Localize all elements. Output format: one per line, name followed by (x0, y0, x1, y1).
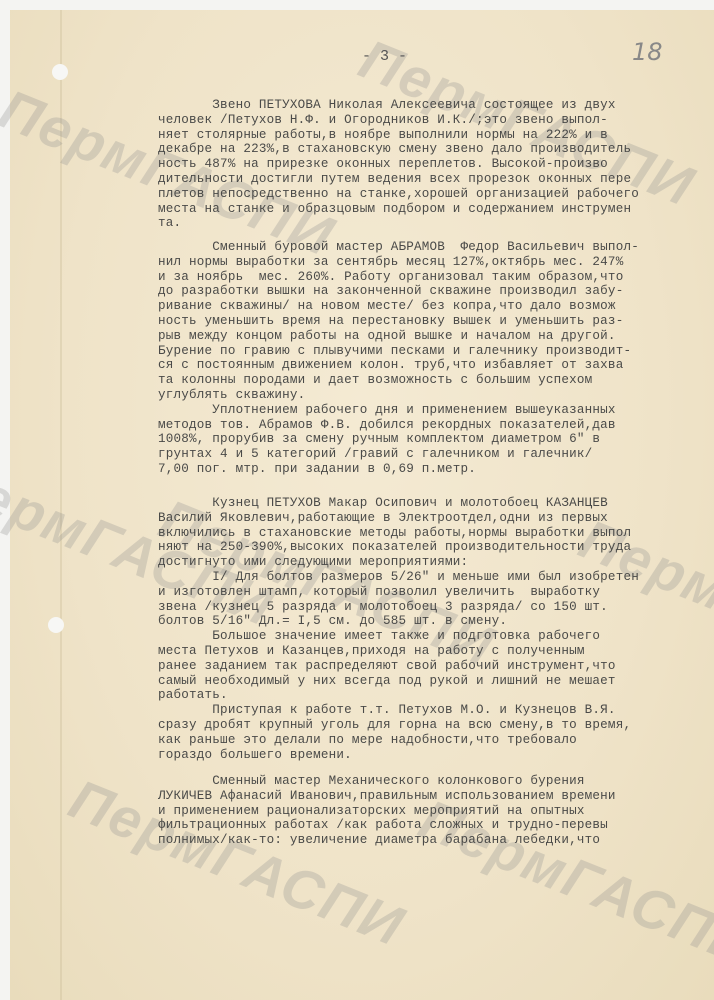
text-line: плетов непосредственно на станке,хорошей… (158, 187, 698, 202)
paper-fold (60, 10, 62, 1000)
text-line: Большое значение имеет также и подготовк… (158, 629, 698, 644)
archive-sheet-number: 18 (632, 38, 663, 66)
text-line: декабре на 223%,в стахановскую смену зве… (158, 142, 698, 157)
text-line: грунтах 4 и 5 категорий /гравий с галечн… (158, 447, 698, 462)
text-line: Бурение по гравию с плывучими песками и … (158, 344, 698, 359)
text-line: ЛУКИЧЕВ Афанасий Иванович,правильным исп… (158, 789, 698, 804)
text-line: углублять скважину. (158, 388, 698, 403)
text-line: рыв между концом работы на одной вышке и… (158, 329, 698, 344)
text-line: болтов 5/16" Дл.= I,5 см. до 585 шт. в с… (158, 614, 698, 629)
paragraph-blacksmiths: Кузнец ПЕТУХОВ Макар Осипович и молотобо… (158, 496, 698, 762)
text-line: работать. (158, 688, 698, 703)
text-line: звена /кузнец 5 разряда и молотобоец 3 р… (158, 600, 698, 615)
text-line: Уплотнением рабочего дня и применением в… (158, 403, 698, 418)
paragraph-abramov: Сменный буровой мастер АБРАМОВ Федор Вас… (158, 240, 698, 477)
text-line: фильтрационных работах /как работа сложн… (158, 818, 698, 833)
text-line: Звено ПЕТУХОВА Николая Алексеевича состо… (158, 98, 698, 113)
text-line: Приступая к работе т.т. Петухов М.О. и К… (158, 703, 698, 718)
text-line: нил нормы выработки за сентябрь месяц 12… (158, 255, 698, 270)
text-line: и изготовлен штамп, который позволил уве… (158, 585, 698, 600)
punch-hole (48, 617, 64, 633)
text-line: Кузнец ПЕТУХОВ Макар Осипович и молотобо… (158, 496, 698, 511)
text-line: самый необходимый у них всегда под рукой… (158, 674, 698, 689)
text-line: методов тов. Абрамов Ф.В. добился рекорд… (158, 418, 698, 433)
text-line: Василий Яковлевич,работающие в Электроот… (158, 511, 698, 526)
punch-hole (52, 64, 68, 80)
text-line: няют на 250-390%,высоких показателей про… (158, 540, 698, 555)
text-line: Сменный буровой мастер АБРАМОВ Федор Вас… (158, 240, 698, 255)
text-line: как раньше это делали по мере надобности… (158, 733, 698, 748)
text-line: включились в стахановские методы работы,… (158, 526, 698, 541)
text-line: до разработки вышки на законченной скваж… (158, 284, 698, 299)
text-line: достигнуто ими следующими мероприятиями: (158, 555, 698, 570)
text-line: ность уменьшить время на перестановку вы… (158, 314, 698, 329)
text-line: дительности достигли путем ведения всех … (158, 172, 698, 187)
text-line: человек /Петухов Н.Ф. и Огородников И.К.… (158, 113, 698, 128)
text-line: полнимых/как-то: увеличение диаметра бар… (158, 833, 698, 848)
text-line: места на станке и образцовым подбором и … (158, 202, 698, 217)
text-line: 1008%, прорубив за смену ручным комплект… (158, 432, 698, 447)
text-line: ривание скважины/ на новом месте/ без ко… (158, 299, 698, 314)
paragraph-petukhov-team: Звено ПЕТУХОВА Николая Алексеевича состо… (158, 98, 698, 231)
text-line: и за ноябрь мес. 260%. Работу организова… (158, 270, 698, 285)
text-line: Сменный мастер Механического колонкового… (158, 774, 698, 789)
page-number: - 3 - (362, 48, 407, 65)
text-line: сразу дробят крупный уголь для горна на … (158, 718, 698, 733)
text-line: ность 487% на прирезке оконных переплето… (158, 157, 698, 172)
text-line: 7,00 пог. мтр. при задании в 0,69 п.метр… (158, 462, 698, 477)
text-line: места Петухов и Казанцев,приходя на рабо… (158, 644, 698, 659)
text-line: та колонны породами и дает возможность с… (158, 373, 698, 388)
text-line: няет столярные работы,в ноябре выполнили… (158, 128, 698, 143)
text-line: гораздо большего времени. (158, 748, 698, 763)
text-line: I/ Для болтов размеров 5/26" и меньше им… (158, 570, 698, 585)
text-line: ся с постоянным движением колон. труб,чт… (158, 358, 698, 373)
paragraph-lukichev: Сменный мастер Механического колонкового… (158, 774, 698, 848)
text-line: та. (158, 216, 698, 231)
text-line: ранее заданием так распределяют свой раб… (158, 659, 698, 674)
text-line: и применением рационализаторских меропри… (158, 804, 698, 819)
